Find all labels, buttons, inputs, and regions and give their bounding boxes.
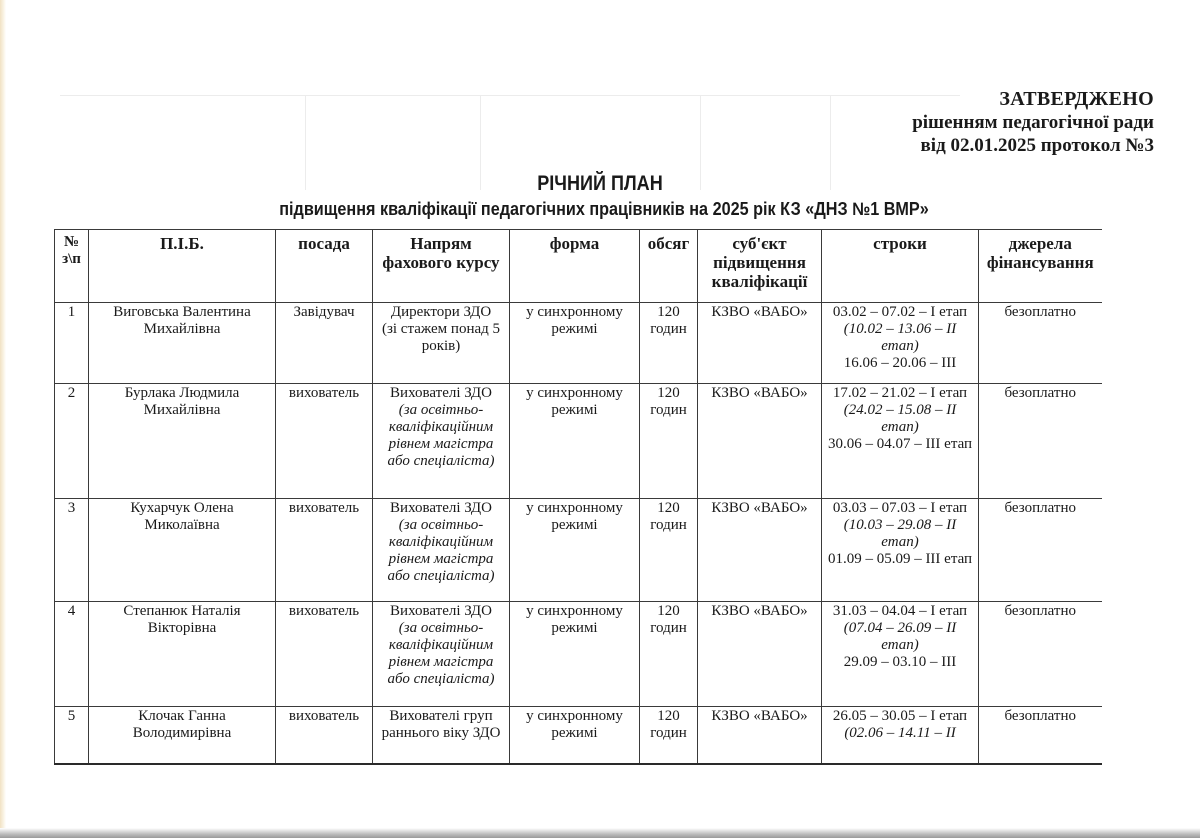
term-stage-2: (10.03 – 29.08 – ІІ етап): [825, 517, 975, 551]
table-row: 5 Клочак Ганна Володимирівна вихователь …: [55, 707, 1102, 764]
header-num: № з\п: [55, 230, 89, 303]
row-position: вихователь: [276, 602, 373, 707]
term-stage-2: (07.04 – 26.09 – ІІ етап): [825, 620, 975, 654]
row-subject: КЗВО «ВАБО»: [698, 707, 822, 764]
row-subject: КЗВО «ВАБО»: [698, 384, 822, 499]
row-subject: КЗВО «ВАБО»: [698, 602, 822, 707]
term-stage-1: 17.02 – 21.02 – І етап: [825, 385, 975, 402]
row-number: 5: [55, 707, 89, 764]
row-form: у синхронному режимі: [510, 707, 640, 764]
table-row: 2 Бурлака Людмила Михайлівна вихователь …: [55, 384, 1102, 499]
term-stage-3: 29.09 – 03.10 – ІІІ: [825, 654, 975, 671]
direction-main: Вихователі ЗДО: [376, 385, 506, 402]
direction-main: Вихователі ЗДО: [376, 603, 506, 620]
row-position: вихователь: [276, 499, 373, 602]
header-position: посада: [276, 230, 373, 303]
row-number: 4: [55, 602, 89, 707]
header-name: П.І.Б.: [89, 230, 276, 303]
row-direction: Вихователі ЗДО (за освітньо-кваліфікацій…: [373, 384, 510, 499]
term-stage-2: (24.02 – 15.08 – ІІ етап): [825, 402, 975, 436]
row-form: у синхронному режимі: [510, 384, 640, 499]
row-position: вихователь: [276, 707, 373, 764]
term-stage-3: 30.06 – 04.07 – ІІІ етап: [825, 436, 975, 453]
row-form: у синхронному режимі: [510, 499, 640, 602]
row-direction: Директори ЗДО (зі стажем понад 5 років): [373, 303, 510, 384]
row-position: вихователь: [276, 384, 373, 499]
row-subject: КЗВО «ВАБО»: [698, 303, 822, 384]
row-full-name: Клочак Ганна Володимирівна: [89, 707, 276, 764]
direction-note: (за освітньо-кваліфікаційним рівнем магі…: [376, 517, 506, 585]
row-terms: 03.03 – 07.03 – І етап (10.03 – 29.08 – …: [822, 499, 979, 602]
term-stage-1: 03.03 – 07.03 – І етап: [825, 500, 975, 517]
row-volume: 120 годин: [640, 384, 698, 499]
table-row: 1 Виговська Валентина Михайлівна Завідув…: [55, 303, 1102, 384]
term-stage-2: (02.06 – 14.11 – ІІ: [825, 725, 975, 742]
document-title: РІЧНИЙ ПЛАН: [84, 172, 1116, 196]
header-volume: обсяг: [640, 230, 698, 303]
term-stage-1: 03.02 – 07.02 – І етап: [825, 304, 975, 321]
row-volume: 120 годин: [640, 303, 698, 384]
table-row: 4 Степанюк Наталія Вікторівна вихователь…: [55, 602, 1102, 707]
row-terms: 03.02 – 07.02 – І етап (10.02 – 13.06 – …: [822, 303, 979, 384]
row-full-name: Бурлака Людмила Михайлівна: [89, 384, 276, 499]
row-subject: КЗВО «ВАБО»: [698, 499, 822, 602]
row-funding: безоплатно: [979, 602, 1102, 707]
row-position: Завідувач: [276, 303, 373, 384]
header-form: форма: [510, 230, 640, 303]
approval-body: рішенням педагогічної ради: [912, 111, 1154, 134]
row-form: у синхронному режимі: [510, 303, 640, 384]
scan-page-edge-bottom: [0, 828, 1200, 838]
table-row: 3 Кухарчук Олена Миколаївна вихователь В…: [55, 499, 1102, 602]
row-volume: 120 годин: [640, 499, 698, 602]
term-stage-1: 26.05 – 30.05 – І етап: [825, 708, 975, 725]
show-through-line: [60, 95, 960, 96]
direction-main: Вихователі ЗДО: [376, 500, 506, 517]
approval-date-protocol: від 02.01.2025 протокол №3: [912, 134, 1154, 157]
row-full-name: Виговська Валентина Михайлівна: [89, 303, 276, 384]
row-number: 2: [55, 384, 89, 499]
direction-note: (за освітньо-кваліфікаційним рівнем магі…: [376, 620, 506, 688]
approval-heading: ЗАТВЕРДЖЕНО: [912, 88, 1154, 111]
table-header-row: № з\п П.І.Б. посада Напрям фахового курс…: [55, 230, 1102, 303]
direction-main: Вихователі груп раннього віку ЗДО: [376, 708, 506, 742]
row-terms: 31.03 – 04.04 – І етап (07.04 – 26.09 – …: [822, 602, 979, 707]
row-direction: Вихователі ЗДО (за освітньо-кваліфікацій…: [373, 499, 510, 602]
term-stage-3: 16.06 – 20.06 – ІІІ: [825, 355, 975, 372]
header-direction: Напрям фахового курсу: [373, 230, 510, 303]
row-funding: безоплатно: [979, 384, 1102, 499]
row-form: у синхронному режимі: [510, 602, 640, 707]
header-funding: джерела фінансування: [979, 230, 1102, 303]
row-terms: 17.02 – 21.02 – І етап (24.02 – 15.08 – …: [822, 384, 979, 499]
row-funding: безоплатно: [979, 499, 1102, 602]
row-number: 3: [55, 499, 89, 602]
row-full-name: Степанюк Наталія Вікторівна: [89, 602, 276, 707]
direction-note: (зі стажем понад 5 років): [376, 321, 506, 355]
training-plan-table: № з\п П.І.Б. посада Напрям фахового курс…: [54, 229, 1102, 765]
document-subtitle: підвищення кваліфікації педагогічних пра…: [109, 199, 1099, 220]
row-terms: 26.05 – 30.05 – І етап (02.06 – 14.11 – …: [822, 707, 979, 764]
term-stage-1: 31.03 – 04.04 – І етап: [825, 603, 975, 620]
header-subject: суб'єкт підвищення кваліфікації: [698, 230, 822, 303]
row-funding: безоплатно: [979, 707, 1102, 764]
header-terms: строки: [822, 230, 979, 303]
term-stage-3: 01.09 – 05.09 – ІІІ етап: [825, 551, 975, 568]
direction-note: (за освітньо-кваліфікаційним рівнем магі…: [376, 402, 506, 470]
row-volume: 120 годин: [640, 602, 698, 707]
row-funding: безоплатно: [979, 303, 1102, 384]
term-stage-2: (10.02 – 13.06 – ІІ етап): [825, 321, 975, 355]
direction-main: Директори ЗДО: [376, 304, 506, 321]
approval-stamp: ЗАТВЕРДЖЕНО рішенням педагогічної ради в…: [912, 88, 1154, 157]
row-direction: Вихователі груп раннього віку ЗДО: [373, 707, 510, 764]
row-number: 1: [55, 303, 89, 384]
row-direction: Вихователі ЗДО (за освітньо-кваліфікацій…: [373, 602, 510, 707]
row-volume: 120 годин: [640, 707, 698, 764]
scan-page-edge: [0, 0, 6, 838]
row-full-name: Кухарчук Олена Миколаївна: [89, 499, 276, 602]
